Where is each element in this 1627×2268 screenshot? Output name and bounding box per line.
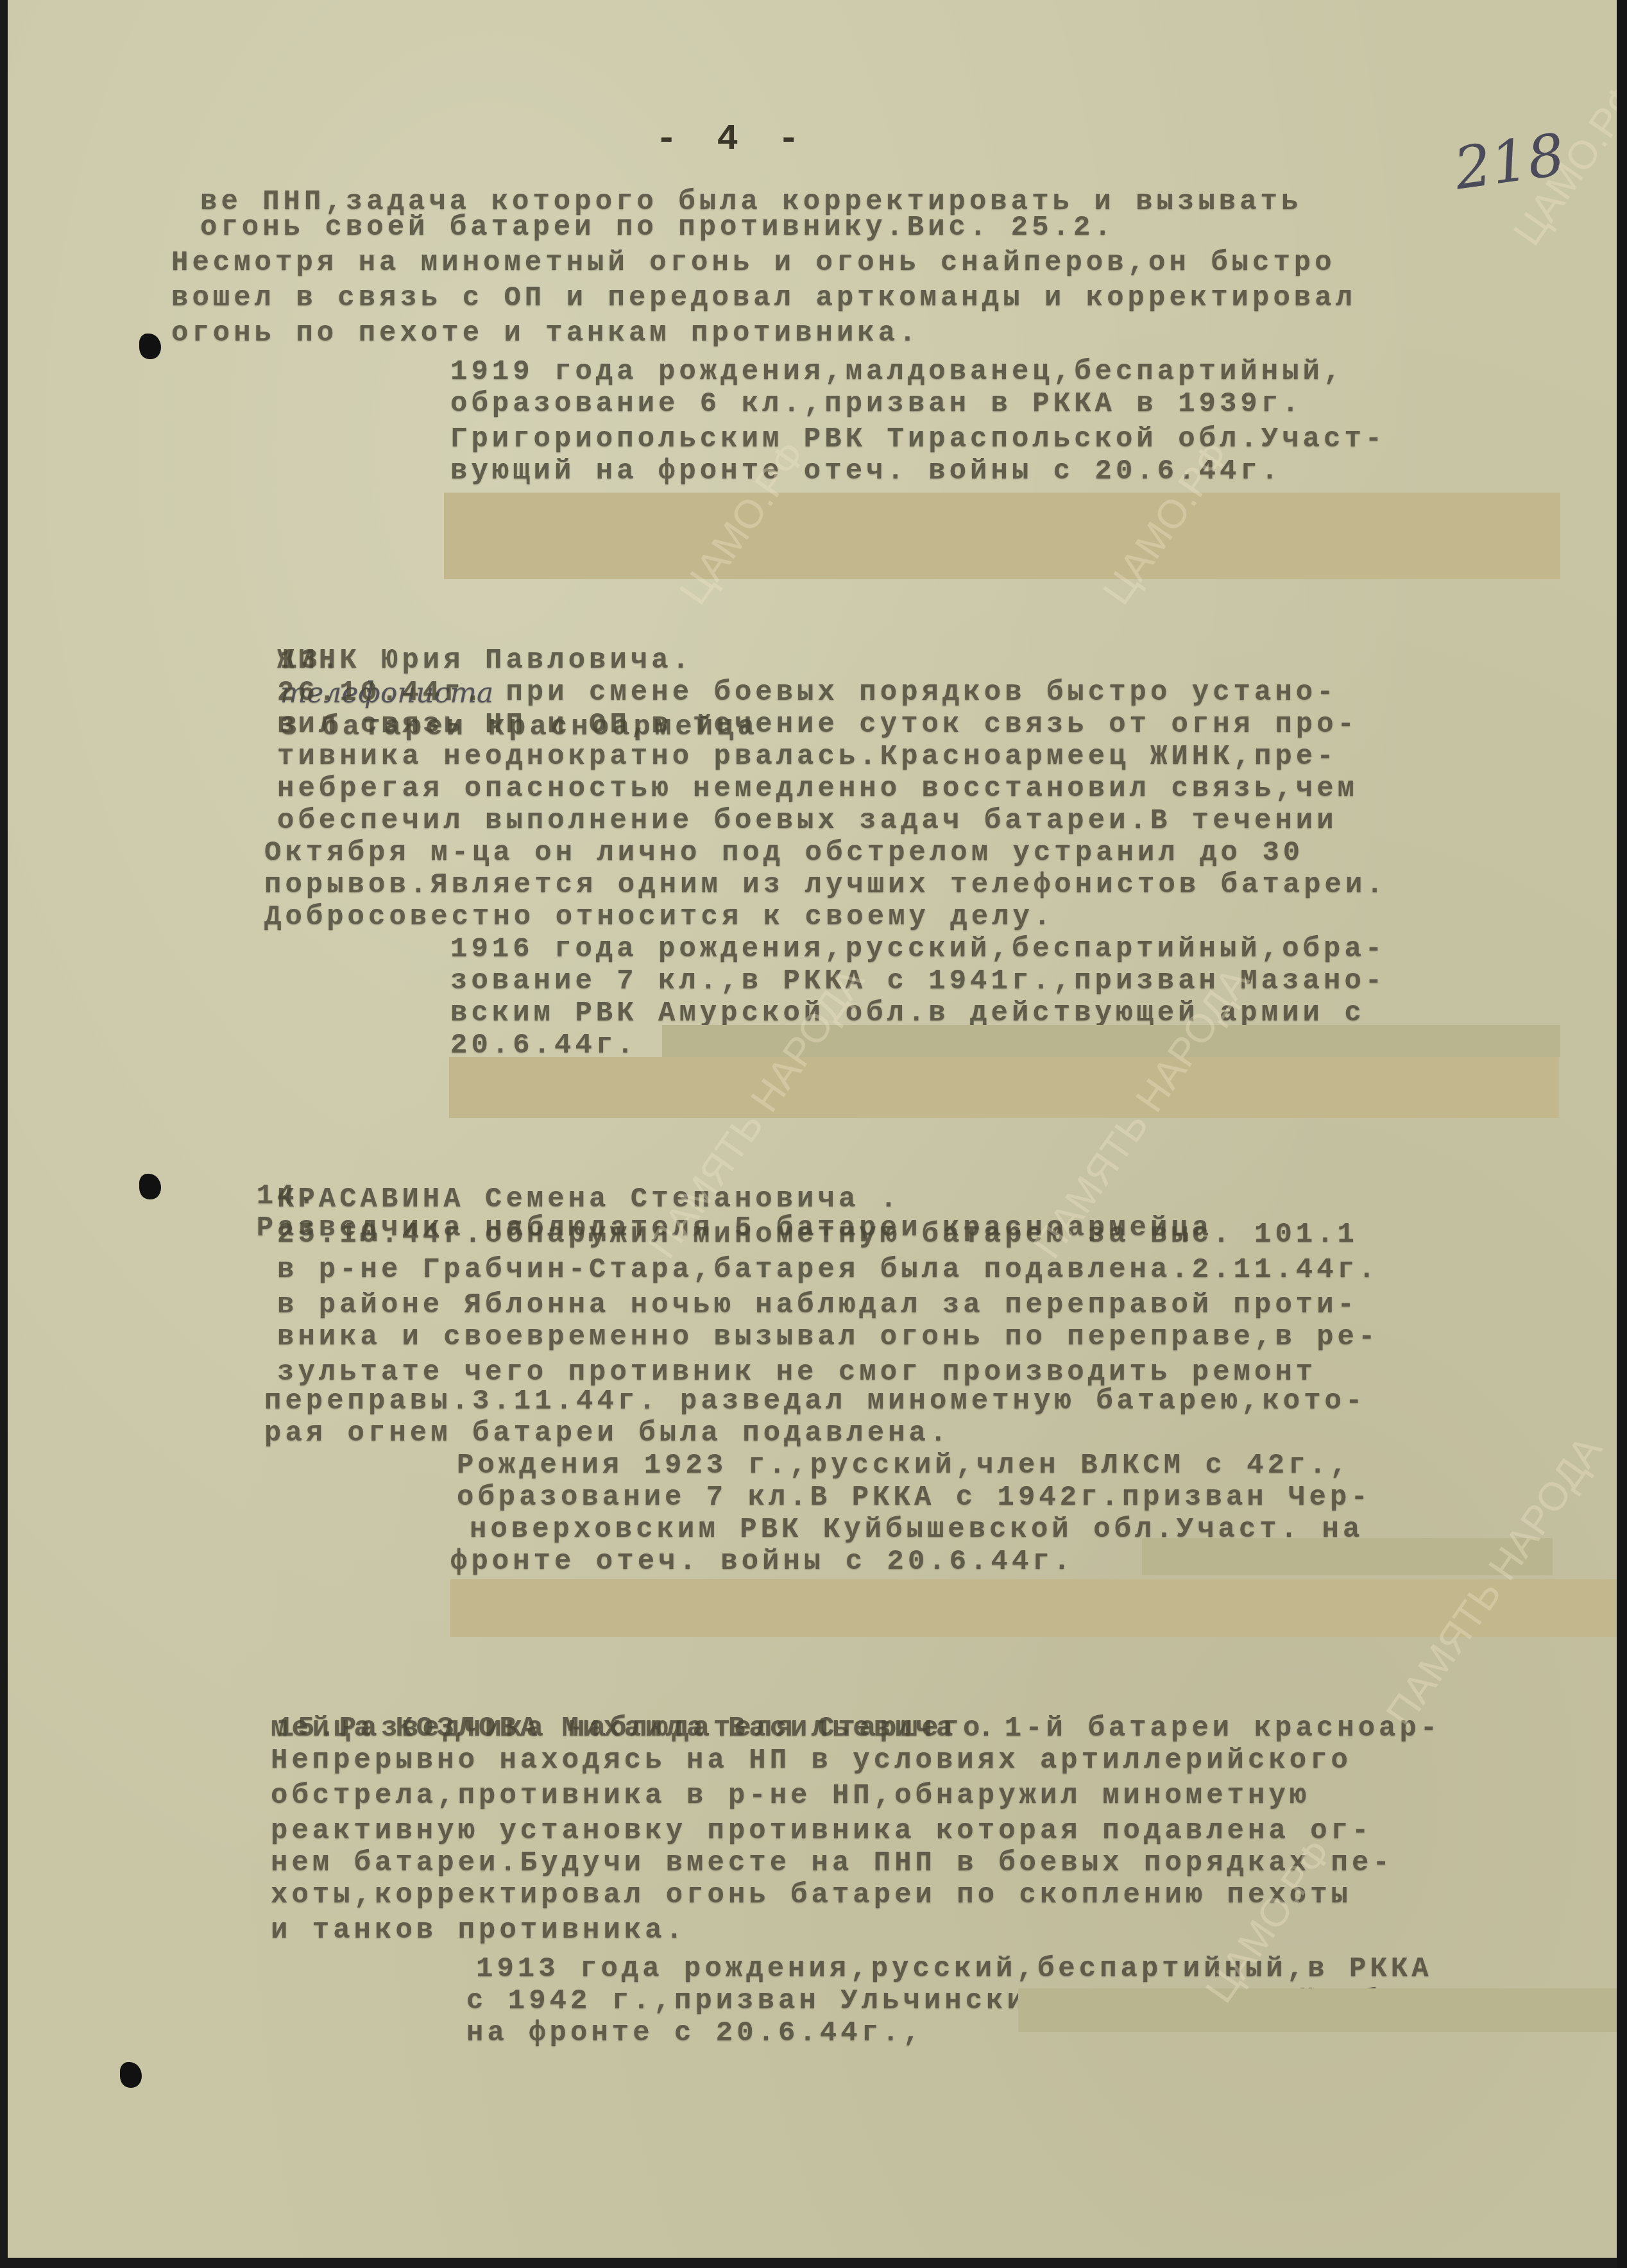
punch-hole (120, 2062, 142, 2088)
entry-bio-line: фронте отеч. войны с 20.6.44г. (450, 1546, 1074, 1578)
entry-body-line: Непрерывно находясь на НП в условиях арт… (271, 1745, 1352, 1777)
entry-body-line: 25.10.44г.обнаружил минометную батарею з… (277, 1219, 1358, 1251)
intro-line: огонь своей батареи по противнику.Вис. 2… (200, 212, 1115, 244)
entry-body-line: тивника неоднократно рвалась.Красноармее… (277, 741, 1338, 773)
entry-body-line: рая огнем батареи была подавлена. (264, 1418, 950, 1450)
punch-hole (139, 1174, 161, 1199)
intro-line: вошел в связь с ОП и передовал арткоманд… (171, 282, 1356, 314)
entry-body-line: Октября м-ца он лично под обстрелом устр… (264, 837, 1304, 869)
entry-body-line: порывов.Является одним из лучших телефон… (264, 869, 1387, 901)
entry-body-line: переправы.3.11.44г. разведал минометную … (264, 1385, 1366, 1418)
entry-body-line: реактивную установку противника которая … (271, 1815, 1372, 1847)
entry-body-line: и танков противника. (271, 1915, 686, 1947)
entry-body-line: зультате чего противник не смог производ… (277, 1357, 1316, 1389)
intro-bio-line: образование 6 кл.,призван в РККА в 1939г… (450, 388, 1303, 420)
intro-line: огонь по пехоте и танкам противника. (171, 317, 920, 350)
entry-name: КРАСАВИНА Семена Степановича . (277, 1183, 901, 1215)
entry-body-line: вил связь НП и ОП,в течение суток связь … (277, 709, 1358, 741)
entry-body-line: нем батареи.Будучи вместе на ПНП в боевы… (271, 1847, 1393, 1879)
entry-body-line: 26.10.44г. при смене боевых порядков быс… (277, 677, 1338, 709)
page-number: - 4 - (656, 119, 808, 160)
intro-bio-line: Григориопольским РВК Тираспольской обл.У… (450, 423, 1386, 455)
entry-body-line: вника и своевременно вызывал огонь по пе… (277, 1321, 1379, 1353)
document-page: - 4 - 218 ве ПНП,задача которого была ко… (8, 0, 1617, 2258)
entry-name: мейца КОЗЛОВА Михаила Васильевича . (271, 1713, 998, 1745)
entry-name: ЖИНК Юрия Павловича. (277, 645, 693, 677)
entry-bio-line: на фронте с 20.6.44г., (466, 2017, 924, 2049)
entry-bio-line: 1913 года рождения,русский,беспартийный,… (476, 1953, 1433, 1985)
entry-body-line: обеспечил выполнение боевых задач батаре… (277, 805, 1338, 837)
redaction-block (1018, 1988, 1618, 2032)
intro-bio-line: вующий на фронте отеч. войны с 20.6.44г. (450, 455, 1282, 487)
intro-line: Несмотря на минометный огонь и огонь сна… (171, 247, 1336, 279)
punch-hole (139, 334, 161, 359)
entry-bio-line: 1916 года рождения,русский,беспартийный,… (450, 933, 1386, 965)
entry-body-line: в р-не Грабчин-Стара,батарея была подавл… (277, 1254, 1379, 1286)
entry-body-line: в районе Яблонна ночью наблюдал за переп… (277, 1289, 1358, 1321)
entry-bio-line: образование 7 кл.В РККА с 1942г.призван … (457, 1482, 1372, 1514)
scan-border (1617, 0, 1627, 2268)
entry-body-line: Добросовестно относится к своему делу. (264, 901, 1054, 933)
entry-body-line: обстрела,противника в р-не НП,обнаружил … (271, 1780, 1310, 1812)
redaction-block (449, 1057, 1559, 1118)
entry-body-line: хоты,корректировал огонь батареи по скоп… (271, 1879, 1352, 1911)
entry-body-line: небрегая опасностью немедленно восстанов… (277, 773, 1358, 805)
intro-bio-line: 1919 года рождения,малдованец,беспартийн… (450, 356, 1344, 388)
entry-bio-line: Рождения 1923 г.,русский,член ВЛКСМ с 42… (457, 1450, 1350, 1482)
redaction-block (444, 493, 1560, 579)
